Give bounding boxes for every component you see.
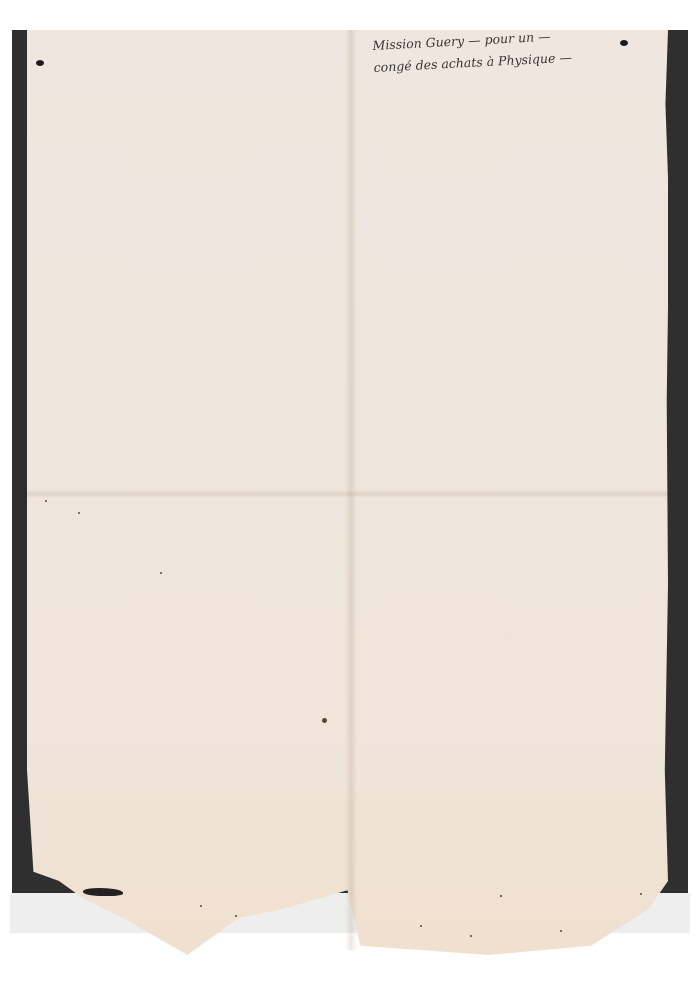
foxing-spot [160,572,162,574]
horizontal-fold-crease [27,490,667,498]
paper-hole-left [36,60,44,66]
foxing-spot [322,718,327,723]
foxing-spot [420,925,422,927]
foxing-spot [78,512,80,514]
foxing-spot [640,893,642,895]
foxing-spot [235,915,237,917]
torn-edge-hole [83,888,123,896]
foxing-spot [560,930,562,932]
foxing-spot [500,895,502,897]
foxing-spot [470,935,472,937]
foxing-spot [200,905,202,907]
foxing-spot [45,500,47,502]
